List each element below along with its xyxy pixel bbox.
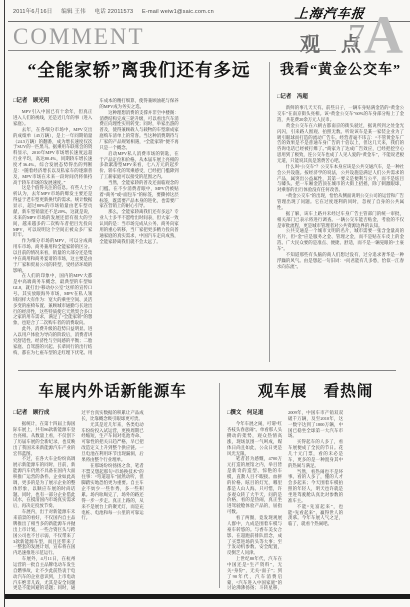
paragraph: 当然，看热闹也不是坏事。看的人多了，懂的人才会多起来；今天围着车模拍照的年轻人，… <box>288 469 343 504</box>
column-divider <box>219 383 220 588</box>
article-new-energy: 车展内外话新能源车 □记者 顾行成 据统计，在第十四届上海国际车展上，共有86款… <box>13 379 212 592</box>
article-body: □记者 顾行成 据统计，在第十四届上海国际车展上，共有86款新能源车登台亮相。从… <box>13 410 212 592</box>
email-info: E-mail weiw1@saic.com.cn <box>142 9 214 15</box>
paragraph: 车展内，出于对新能源车未来前景的看好，不仅国内自主品牌推出了相当多的新能源车并抛… <box>13 509 75 556</box>
paragraph: 不过，在各大车企纷纷高调展示新能源车的同时，目前，新能源汽车仍然不具备在国内大面… <box>13 456 75 509</box>
article-byline: □记者 顾光明 <box>13 98 92 105</box>
newspaper-page: 2011年6月16日 编辑 王伟 电话 22011573 E-mail weiw… <box>0 0 410 607</box>
article-golden-bus: 我看“黄金公交车” □记者 冯超 新鲜的事儿天天有。前些日子，一辆车身贴满金箔的… <box>277 59 404 362</box>
editor-info: 编辑 王伟 <box>61 9 86 15</box>
page-number: 7 <box>348 20 365 54</box>
article-byline: □记者 冯超 <box>277 94 404 101</box>
article-headline: “全能家轿”离我们还有多远 <box>13 57 265 82</box>
paragraph: 这种理想消费的支撑并非空中楼阁：消费结构完成三轮升级，可以看出汽车消费正向理性实… <box>99 110 178 151</box>
article-headline: 我看“黄金公交车” <box>277 59 404 79</box>
paragraph: MPV引入中国已有十余年，但真正进入人们的视线，还是近几年的事（进入家庭）。 <box>13 109 92 127</box>
article-text: 今年车展之闹，可谓“红杏枝头春意闹”。单看那人头攒动的架势，观众热情高涨，现场氛… <box>227 410 343 592</box>
footer-bar <box>5 594 410 599</box>
page-fold-line <box>4 0 5 607</box>
paragraph: 公共交通是一个城市文明的名片，城市需要一张含金量高的名片，但“金”应是服务之金、… <box>277 228 404 251</box>
paragraph: 据了解，该车上路并未经过车身广告主管部门的统一审批，相关部门已表示将进行调查。一… <box>277 211 404 229</box>
paragraph: 启动MPV私人消费市场的钥匙，在于产品定位和价格。从本届车展上亮相的多款紧凑型M… <box>99 151 178 180</box>
paragraph: 看了两圈，竟发现观展人群中，九成是围着车模与豪车转悠的。与香车美女合影、在超跑前… <box>227 515 282 556</box>
article-mpv: “全能家轿”离我们还有多远 □记者 顾光明 MPV引入中国已有十余年，但真正进入… <box>13 57 265 362</box>
phone-info: 电话 22011573 <box>95 9 134 15</box>
paragraph: 笔者甚为感慨，4700万元打造的展馆之内，举目皆是新奇的造型、惊艳的车模，直教人… <box>227 456 282 515</box>
section-underline <box>8 50 336 51</box>
article-text: 新鲜的事儿天天有。前些日子，一辆车身贴满金箔的“黄金公交车”在南京街头亮相。该“… <box>277 105 404 269</box>
article-byline: □撰文 何足道 <box>227 410 282 417</box>
paragraph: 不知道那些有头脑的商人们想过没有，过分追求奢华是一种浮躁的风气。由是想起一句旧词… <box>277 252 404 270</box>
section-title-en: COMMENT <box>13 24 145 50</box>
article-text: 据统计，在第十四届上海国际车展上，共有86款新能源车登台亮相。从数量上看，不仅创… <box>13 410 144 592</box>
paragraph: 今年车展之闹，可谓“红杏枝头春意闹”。单看那人头攒动的架势，观众热情高涨，现场氛… <box>227 421 282 456</box>
paragraph: 那么，全能家轿离我们还有多远？专业人士多半不愿给出时间表，但大家一致认同的是：当… <box>99 209 178 244</box>
article-headline: 车展内外话新能源车 <box>13 379 212 401</box>
article-body: □记者 顾光明 MPV引入中国已有十余年，但真正进入人们的视线，还是近几年的事（… <box>13 98 265 362</box>
paragraph: 新鲜的事儿天天有。前些日子，一辆车身贴满金箔的“黄金公交车”在南京街头亮相。该“… <box>277 105 404 123</box>
paragraph: “黄金公交车”的出现，恰恰从侧面说明公交公司的运营和广告管理出现了问题。它在过度… <box>277 193 404 211</box>
article-text: MPV引入中国已有十余年，但真正进入人们的视线，还是近几年的事（进入家庭）。去年… <box>13 98 179 362</box>
paragraph: 买得起车的人多了，看车展便成了全民的节日。花几十元门票，看的未必是车，更多的是一… <box>288 439 343 468</box>
paragraph: 去年，在各细分市场中，MPV交出的成绩单（45万辆），是上一年同期销量（24.5… <box>13 127 92 186</box>
paragraph: 当然，全能家轿的普及还面临观念的门槛。在不少消费者眼中，MPV仍被贴着“商务”或… <box>99 180 178 209</box>
article-byline: □记者 顾行成 <box>13 410 75 417</box>
issue-date: 2011年6月16日 <box>13 9 53 15</box>
article-headline: 观车展 看热闹 <box>227 379 404 401</box>
paragraph: 黄金公交车在六朝古都南京的街头驶过，据说所到之处金光闪闪，引来路人围观、拍照无数… <box>277 123 404 164</box>
paragraph: 尤其是近几年来，各类电动车纷纷投入试运营，更换周期已经缩短，生产车间对电池寿命、… <box>81 422 143 463</box>
paragraph: 这是个值得关注的信息。有些人士分析认为，去年MPV市场的爆发主要还是得益于老车型… <box>13 185 92 238</box>
column-divider <box>269 62 270 362</box>
info-bar: 2011年6月16日 编辑 王伟 电话 22011573 E-mail weiw… <box>13 7 221 15</box>
paragraph: 据统计，在第十四届上海国际车展上，共有86款新能源车登台亮相。从数量上看，不仅创… <box>13 421 75 456</box>
paragraph: 作为细分市场的MPV，可以分成商用车市场、商务兼用和全能家轿的区分。以目前的情况… <box>13 238 92 273</box>
paragraph: 在那场纷纷扬扬之余，笔者不禁又想起那句“市场换技术”的往事：“弯道超车”固然动听… <box>81 463 143 522</box>
article-body: □记者 冯超 新鲜的事儿天天有。前些日子，一辆车身贴满金箔的“黄金公交车”在南京… <box>277 94 404 362</box>
paragraph: 在人们的印象中，国内的MPV大都是中高端商务车概念，最典型的车型如GL8，就打出… <box>13 273 92 326</box>
article-body: □撰文 何足道 今年车展之闹，可谓“红杏枝头春意闹”。单看那人头攒动的架势，观众… <box>227 410 404 592</box>
article-auto-show: 观车展 看热闹 □撰文 何足道 今年车展之闹，可谓“红杏枝头春意闹”。单看那人头… <box>227 379 404 592</box>
paragraph: 不能“先富起来”，也能“先看起来”，赢得世人的羡慕。今年车展人气之足，临了，就看… <box>288 504 343 527</box>
paragraph: 什么叫“公交车”？公交车本身应该是公共交通汽车，是一种社会公共设施。按经济学的说… <box>277 164 404 193</box>
page-letter: A <box>364 8 403 62</box>
section-divider-rule <box>18 370 396 371</box>
